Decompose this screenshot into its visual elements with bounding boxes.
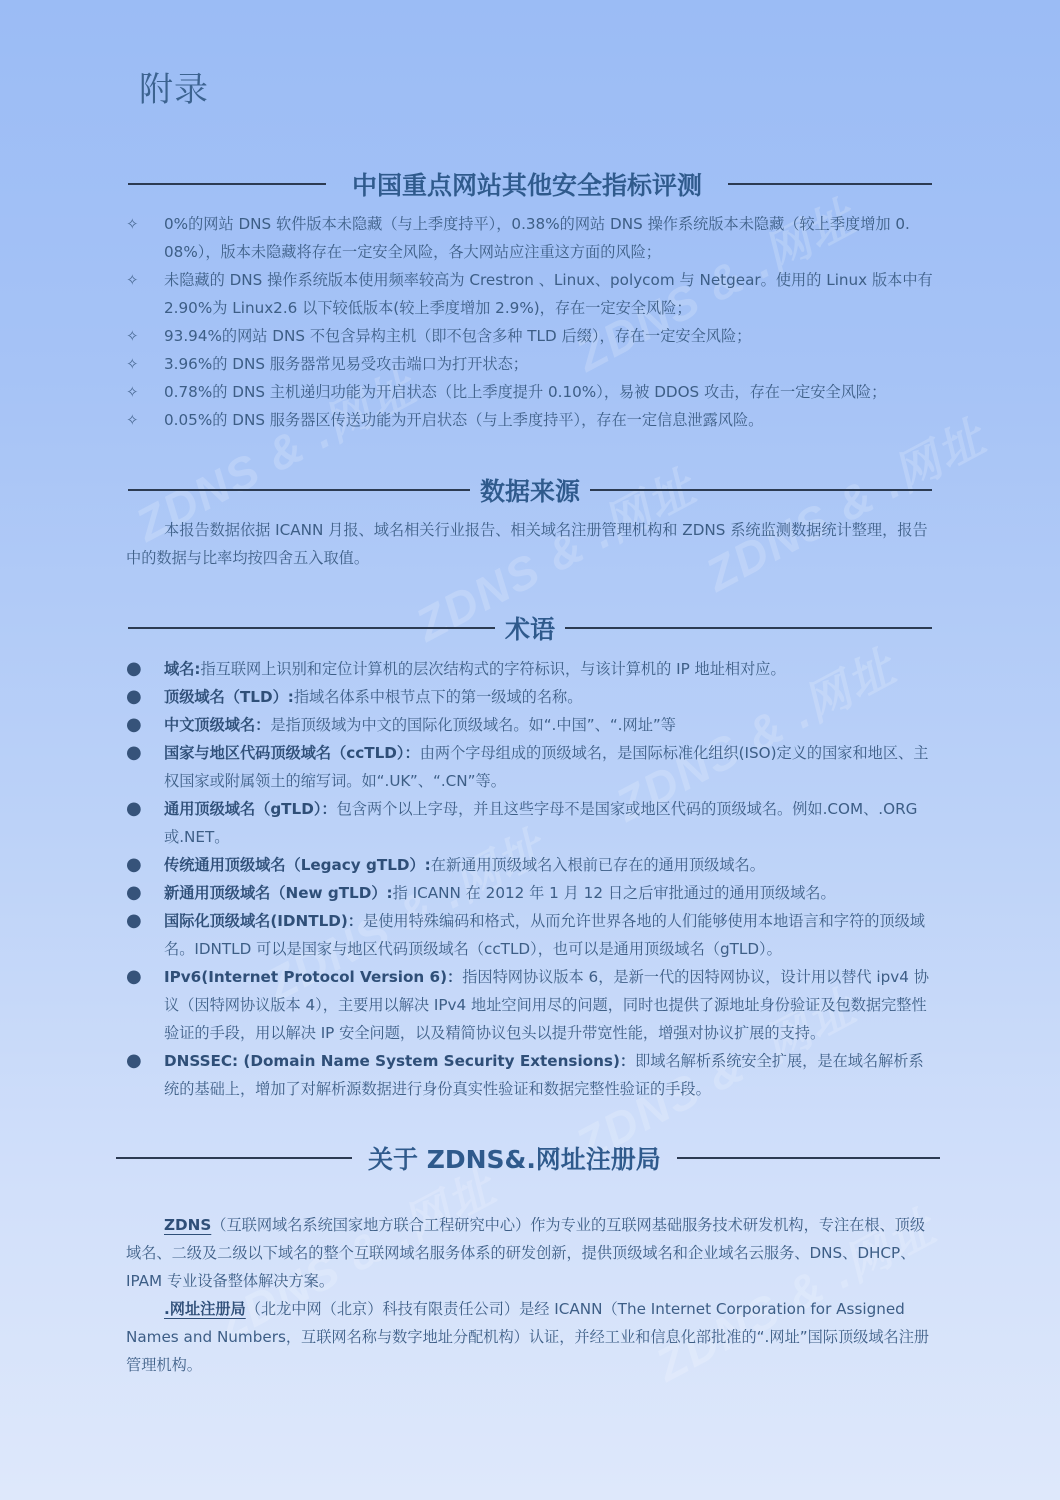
bullet-icon: ● bbox=[126, 683, 142, 711]
section-title: 中国重点网站其他安全指标评测 bbox=[326, 166, 728, 202]
about-zdns-paragraph: ZDNS（互联网域名系统国家地方联合工程研究中心）作为专业的互联网基础服务技术研… bbox=[126, 1211, 936, 1295]
security-list: ✧0%的网站 DNS 软件版本未隐藏（与上季度持平），0.38%的网站 DNS … bbox=[126, 210, 936, 434]
zdns-description: （互联网域名系统国家地方联合工程研究中心）作为专业的互联网基础服务技术研发机构，… bbox=[126, 1216, 925, 1290]
bullet-icon: ● bbox=[126, 711, 142, 739]
list-item: ✧未隐藏的 DNS 操作系统版本使用频率较高为 Crestron 、Linux、… bbox=[126, 266, 936, 322]
bullet-icon: ● bbox=[126, 1047, 142, 1075]
term-name: DNSSEC: (Domain Name System Security Ext… bbox=[164, 1052, 635, 1070]
term-name: 国家与地区代码顶级域名（ccTLD）： bbox=[164, 744, 420, 762]
bullet-icon: ● bbox=[126, 739, 142, 767]
divider bbox=[728, 183, 932, 185]
bullet-icon: ● bbox=[126, 851, 142, 879]
page-title: 附录 bbox=[139, 62, 209, 111]
registry-name: .网址注册局 bbox=[164, 1300, 246, 1318]
term-description: 指 ICANN 在 2012 年 1 月 12 日之后审批通过的通用顶级域名。 bbox=[393, 884, 836, 902]
term-item: ●国家与地区代码顶级域名（ccTLD）：由两个字母组成的顶级域名，是国际标准化组… bbox=[126, 739, 936, 795]
diamond-star-icon: ✧ bbox=[126, 406, 139, 434]
term-description: 在新通用顶级域名入根前已存在的通用顶级域名。 bbox=[431, 856, 765, 874]
list-item-text: 未隐藏的 DNS 操作系统版本使用频率较高为 Crestron 、Linux、p… bbox=[164, 271, 933, 317]
divider bbox=[590, 489, 932, 491]
term-name: IPv6(Internet Protocol Version 6)： bbox=[164, 968, 462, 986]
divider bbox=[128, 489, 470, 491]
section-heading-terms: 术语 bbox=[128, 610, 932, 646]
data-source-paragraph: 本报告数据依据 ICANN 月报、域名相关行业报告、相关域名注册管理机构和 ZD… bbox=[126, 516, 936, 572]
term-description: 是指顶级域为中文的国际化顶级域名。如“.中国”、“.网址”等 bbox=[270, 716, 676, 734]
section-heading-about: 关于 ZDNS&.网址注册局 bbox=[116, 1140, 940, 1176]
section-title: 术语 bbox=[495, 610, 565, 646]
term-item: ●IPv6(Internet Protocol Version 6)：指因特网协… bbox=[126, 963, 936, 1047]
term-item: ●国际化顶级域名(IDNTLD)：是使用特殊编码和格式，从而允许世界各地的人们能… bbox=[126, 907, 936, 963]
list-item: ✧3.96%的 DNS 服务器常见易受攻击端口为打开状态； bbox=[126, 350, 936, 378]
list-item-text: 0%的网站 DNS 软件版本未隐藏（与上季度持平），0.38%的网站 DNS 操… bbox=[164, 215, 910, 261]
divider bbox=[565, 627, 932, 629]
bullet-icon: ● bbox=[126, 907, 142, 935]
list-item: ✧0.78%的 DNS 主机递归功能为开启状态（比上季度提升 0.10%），易被… bbox=[126, 378, 936, 406]
zdns-name: ZDNS bbox=[164, 1216, 211, 1234]
term-item: ●传统通用顶级域名（Legacy gTLD）:在新通用顶级域名入根前已存在的通用… bbox=[126, 851, 936, 879]
term-name: 新通用顶级域名（New gTLD）: bbox=[164, 884, 393, 902]
diamond-star-icon: ✧ bbox=[126, 210, 139, 238]
bullet-icon: ● bbox=[126, 879, 142, 907]
registry-description: （北龙中网（北京）科技有限责任公司）是经 ICANN（The Internet … bbox=[126, 1300, 929, 1374]
bullet-icon: ● bbox=[126, 795, 142, 823]
section-title: 数据来源 bbox=[470, 472, 590, 508]
term-item: ●通用顶级域名（gTLD）：包含两个以上字母，并且这些字母不是国家或地区代码的顶… bbox=[126, 795, 936, 851]
divider bbox=[128, 627, 495, 629]
section-heading-security: 中国重点网站其他安全指标评测 bbox=[128, 166, 932, 202]
term-name: 域名: bbox=[164, 660, 200, 678]
list-item: ✧0.05%的 DNS 服务器区传送功能为开启状态（与上季度持平），存在一定信息… bbox=[126, 406, 936, 434]
term-name: 中文顶级域名： bbox=[164, 716, 270, 734]
term-name: 顶级域名（TLD）: bbox=[164, 688, 294, 706]
section-heading-data-source: 数据来源 bbox=[128, 472, 932, 508]
term-name: 传统通用顶级域名（Legacy gTLD）: bbox=[164, 856, 431, 874]
list-item-text: 0.05%的 DNS 服务器区传送功能为开启状态（与上季度持平），存在一定信息泄… bbox=[164, 411, 763, 429]
term-item: ●新通用顶级域名（New gTLD）:指 ICANN 在 2012 年 1 月 … bbox=[126, 879, 936, 907]
term-description: 指互联网上识别和定位计算机的层次结构式的字符标识，与该计算机的 IP 地址相对应… bbox=[200, 660, 785, 678]
diamond-star-icon: ✧ bbox=[126, 378, 139, 406]
divider bbox=[116, 1157, 352, 1159]
term-name: 通用顶级域名（gTLD）： bbox=[164, 800, 337, 818]
divider bbox=[677, 1157, 940, 1159]
term-description: 指域名体系中根节点下的第一级域的名称。 bbox=[294, 688, 583, 706]
list-item-text: 3.96%的 DNS 服务器常见易受攻击端口为打开状态； bbox=[164, 355, 528, 373]
diamond-star-icon: ✧ bbox=[126, 322, 139, 350]
section-title: 关于 ZDNS&.网址注册局 bbox=[352, 1140, 677, 1176]
term-item: ●顶级域名（TLD）:指域名体系中根节点下的第一级域的名称。 bbox=[126, 683, 936, 711]
list-item: ✧0%的网站 DNS 软件版本未隐藏（与上季度持平），0.38%的网站 DNS … bbox=[126, 210, 936, 266]
diamond-star-icon: ✧ bbox=[126, 350, 139, 378]
bullet-icon: ● bbox=[126, 655, 142, 683]
term-item: ●中文顶级域名：是指顶级域为中文的国际化顶级域名。如“.中国”、“.网址”等 bbox=[126, 711, 936, 739]
term-item: ●DNSSEC: (Domain Name System Security Ex… bbox=[126, 1047, 936, 1103]
divider bbox=[128, 183, 326, 185]
list-item: ✧93.94%的网站 DNS 不包含异构主机（即不包含多种 TLD 后缀），存在… bbox=[126, 322, 936, 350]
about-registry-paragraph: .网址注册局（北龙中网（北京）科技有限责任公司）是经 ICANN（The Int… bbox=[126, 1295, 936, 1379]
bullet-icon: ● bbox=[126, 963, 142, 991]
term-item: ●域名:指互联网上识别和定位计算机的层次结构式的字符标识，与该计算机的 IP 地… bbox=[126, 655, 936, 683]
list-item-text: 93.94%的网站 DNS 不包含异构主机（即不包含多种 TLD 后缀），存在一… bbox=[164, 327, 751, 345]
terms-list: ●域名:指互联网上识别和定位计算机的层次结构式的字符标识，与该计算机的 IP 地… bbox=[126, 655, 936, 1103]
term-name: 国际化顶级域名(IDNTLD)： bbox=[164, 912, 363, 930]
list-item-text: 0.78%的 DNS 主机递归功能为开启状态（比上季度提升 0.10%），易被 … bbox=[164, 383, 886, 401]
diamond-star-icon: ✧ bbox=[126, 266, 139, 294]
